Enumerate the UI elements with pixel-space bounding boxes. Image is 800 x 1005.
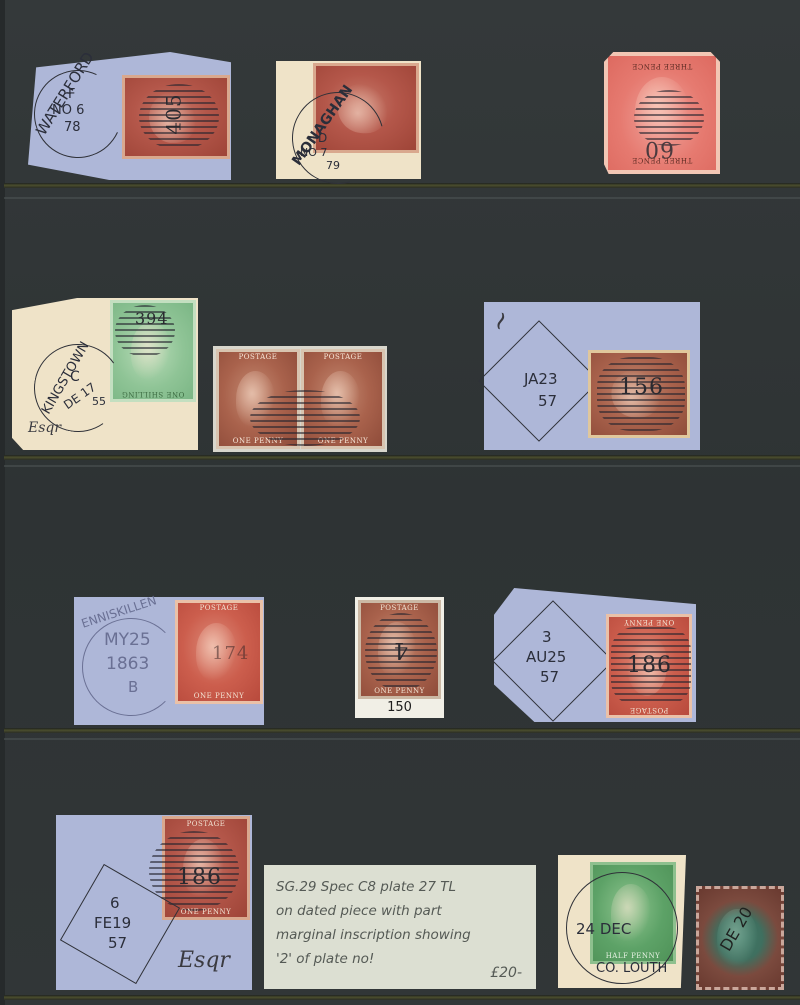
enniskillen-stamp[interactable]: POSTAGE 174 ONE PENNY bbox=[175, 600, 263, 704]
dealer-note: SG.29 Spec C8 plate 27 TL on dated piece… bbox=[264, 865, 536, 989]
postage-label: POSTAGE bbox=[304, 353, 382, 361]
fe19-date: FE19 bbox=[94, 916, 131, 932]
cancel-numeral: 186 bbox=[627, 653, 672, 678]
dealer-note-line-4: '2' of plate no! bbox=[276, 947, 524, 971]
cancel-numeral: 156 bbox=[619, 375, 664, 400]
strip-divider-4 bbox=[4, 995, 800, 1000]
dealer-note-line-3: marginal inscription showing bbox=[276, 923, 524, 947]
waterford-stamp[interactable]: 405 bbox=[122, 75, 230, 159]
monaghan-code: D bbox=[318, 132, 327, 145]
postage-label: POSTAGE bbox=[609, 706, 689, 714]
cancel-numeral: 405 bbox=[162, 93, 186, 134]
postage-label: POSTAGE bbox=[165, 820, 247, 828]
fe19-manuscript: Esqr bbox=[178, 948, 230, 973]
monaghan-date: NO 7 bbox=[300, 147, 327, 159]
dealer-note-line-1: SG.29 Spec C8 plate 27 TL bbox=[276, 875, 524, 899]
stockcard: WATERFORD F NO 6 78 405 MONAGHAN D NO 7 … bbox=[0, 0, 800, 1005]
enniskillen-year: 1863 bbox=[106, 656, 149, 674]
cancel-numeral: 4 bbox=[393, 637, 408, 662]
enniskillen-code: B bbox=[128, 680, 138, 696]
kingstown-stamp[interactable]: 394 ONE SHILLING bbox=[110, 300, 196, 402]
enniskillen-date: MY25 bbox=[104, 632, 151, 650]
louth-date: 24 DEC bbox=[576, 922, 631, 938]
card-left-edge bbox=[0, 0, 5, 1005]
strip-divider-2 bbox=[4, 455, 800, 460]
ja23-year: 57 bbox=[538, 394, 557, 410]
shilling-label: ONE SHILLING bbox=[113, 390, 193, 398]
three-pence-bottom-label: THREE PENCE bbox=[608, 156, 716, 164]
waterford-date: NO 6 bbox=[52, 104, 84, 118]
au25-date: AU25 bbox=[526, 650, 566, 666]
waterford-code: F bbox=[68, 88, 75, 102]
au25-year: 57 bbox=[540, 670, 559, 686]
dealer-note-price: £20- bbox=[490, 965, 522, 981]
edwardian-bicolour-stamp[interactable]: DE 20 bbox=[696, 886, 784, 990]
cancel-numeral: 394 bbox=[135, 309, 169, 328]
cancel-numeral: 174 bbox=[212, 643, 249, 664]
three-pence-top-label: THREE PENCE bbox=[608, 62, 716, 70]
strip-shadow-3 bbox=[4, 738, 800, 740]
postage-label: POSTAGE bbox=[219, 353, 297, 361]
ja23-stamp[interactable]: 156 bbox=[588, 350, 690, 438]
strip-shadow-2 bbox=[4, 465, 800, 467]
pair-cancel-bars bbox=[250, 390, 360, 446]
plate-number-note: 150 bbox=[355, 700, 444, 715]
waterford-year: 78 bbox=[64, 121, 81, 135]
ja23-date: JA23 bbox=[524, 372, 558, 388]
one-penny-label: ONE PENNY bbox=[178, 692, 260, 700]
fe19-code: 6 bbox=[110, 896, 120, 912]
postage-label: POSTAGE bbox=[361, 604, 438, 612]
strip-shadow-1 bbox=[4, 197, 800, 199]
postage-label: POSTAGE bbox=[178, 604, 260, 612]
au25-code: 3 bbox=[542, 630, 552, 646]
fe19-year: 57 bbox=[108, 936, 127, 952]
three-pence-cutout[interactable]: THREE PENCE 60 THREE PENCE bbox=[604, 52, 720, 174]
monaghan-year: 79 bbox=[326, 160, 340, 172]
one-penny-label: ONE PENNY bbox=[361, 687, 438, 695]
strip-divider-3 bbox=[4, 728, 800, 733]
one-penny-label: ONE PENNY bbox=[609, 618, 689, 626]
imperf-150-stamp[interactable]: POSTAGE 4 ONE PENNY bbox=[358, 600, 441, 699]
strip-divider-1 bbox=[4, 183, 800, 188]
kingstown-manuscript: Esqr bbox=[28, 420, 61, 436]
kingstown-code: C bbox=[70, 370, 80, 385]
kingstown-year: 55 bbox=[92, 396, 106, 408]
louth-county: CO. LOUTH bbox=[596, 962, 667, 976]
dealer-note-line-2: on dated piece with part bbox=[276, 899, 524, 923]
cancel-numeral: 186 bbox=[177, 865, 222, 890]
au25-stamp[interactable]: ONE PENNY 186 POSTAGE bbox=[606, 614, 692, 718]
